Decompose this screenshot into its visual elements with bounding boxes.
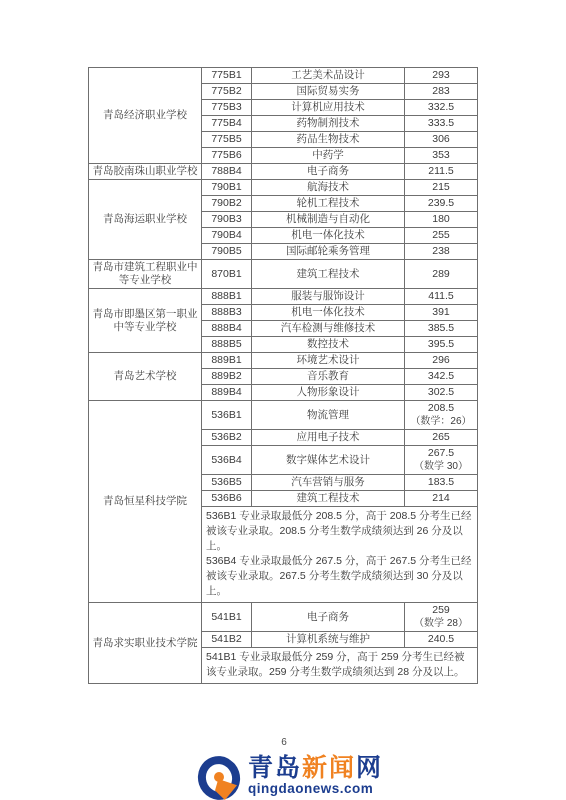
major-name-cell: 电子商务: [252, 164, 405, 180]
score-cell: 180: [405, 212, 478, 228]
major-code-cell: 775B5: [202, 132, 252, 148]
major-code-cell: 790B3: [202, 212, 252, 228]
logo-text-qingdao: 青岛: [248, 754, 302, 782]
major-name-cell: 航海技术: [252, 180, 405, 196]
score-cell: 211.5: [405, 164, 478, 180]
document-page: 青岛经济职业学校775B1工艺美术品设计293775B2国际贸易实务283775…: [0, 0, 566, 800]
major-name-cell: 药物制剂技术: [252, 116, 405, 132]
major-name-cell: 物流管理: [252, 401, 405, 430]
major-code-cell: 790B5: [202, 244, 252, 260]
table-row: 青岛海运职业学校790B1航海技术215: [89, 180, 478, 196]
score-cell: 183.5: [405, 475, 478, 491]
score-value: 255: [407, 229, 475, 242]
score-cell: 259（数学 28）: [405, 603, 478, 632]
major-code-cell: 536B5: [202, 475, 252, 491]
major-code-cell: 775B4: [202, 116, 252, 132]
major-name-cell: 轮机工程技术: [252, 196, 405, 212]
score-math-requirement: （数学 28）: [407, 617, 475, 630]
score-value: 391: [407, 306, 475, 319]
major-name-cell: 计算机系统与维护: [252, 632, 405, 648]
major-code-cell: 889B2: [202, 369, 252, 385]
score-math-requirement: （数学 30）: [407, 460, 475, 473]
score-value: 180: [407, 213, 475, 226]
table-row: 青岛市建筑工程职业中等专业学校870B1建筑工程技术289: [89, 260, 478, 289]
school-cell: 青岛艺术学校: [89, 353, 202, 401]
qingdaonews-logo-icon: [197, 755, 245, 800]
score-cell: 289: [405, 260, 478, 289]
major-code-cell: 888B1: [202, 289, 252, 305]
score-value: 238: [407, 245, 475, 258]
score-value: 208.5: [407, 402, 475, 415]
score-cell: 353: [405, 148, 478, 164]
score-value: 333.5: [407, 117, 475, 130]
major-name-cell: 药品生物技术: [252, 132, 405, 148]
major-name-cell: 电子商务: [252, 603, 405, 632]
major-name-cell: 国际贸易实务: [252, 84, 405, 100]
major-code-cell: 790B1: [202, 180, 252, 196]
major-name-cell: 建筑工程技术: [252, 491, 405, 507]
score-value: 267.5: [407, 447, 475, 460]
major-name-cell: 数控技术: [252, 337, 405, 353]
score-cell: 208.5（数学：26）: [405, 401, 478, 430]
score-value: 289: [407, 268, 475, 281]
score-value: 302.5: [407, 386, 475, 399]
major-code-cell: 870B1: [202, 260, 252, 289]
major-code-cell: 775B2: [202, 84, 252, 100]
logo-text-wang: 网: [356, 754, 383, 782]
logo-text-xinwen: 新闻: [302, 754, 356, 782]
score-cell: 215: [405, 180, 478, 196]
major-code-cell: 889B1: [202, 353, 252, 369]
major-name-cell: 机电一体化技术: [252, 305, 405, 321]
score-value: 259: [407, 604, 475, 617]
table-row: 青岛恒星科技学院536B1物流管理208.5（数学：26）: [89, 401, 478, 430]
score-cell: 411.5: [405, 289, 478, 305]
table-row: 青岛经济职业学校775B1工艺美术品设计293: [89, 68, 478, 84]
score-cell: 283: [405, 84, 478, 100]
score-cell: 302.5: [405, 385, 478, 401]
major-name-cell: 环境艺术设计: [252, 353, 405, 369]
page-number: 6: [272, 737, 296, 748]
major-code-cell: 541B1: [202, 603, 252, 632]
table-row: 青岛市即墨区第一职业中等专业学校888B1服装与服饰设计411.5: [89, 289, 478, 305]
major-code-cell: 790B4: [202, 228, 252, 244]
logo-url: qingdaonews.com: [248, 781, 383, 796]
score-value: 211.5: [407, 165, 475, 178]
school-cell: 青岛海运职业学校: [89, 180, 202, 260]
qingdaonews-logo: 青岛新闻网 qingdaonews.com: [197, 755, 383, 800]
major-code-cell: 788B4: [202, 164, 252, 180]
school-cell: 青岛市建筑工程职业中等专业学校: [89, 260, 202, 289]
major-name-cell: 音乐教育: [252, 369, 405, 385]
score-value: 353: [407, 149, 475, 162]
admission-score-table: 青岛经济职业学校775B1工艺美术品设计293775B2国际贸易实务283775…: [88, 67, 478, 684]
major-name-cell: 数字媒体艺术设计: [252, 446, 405, 475]
score-cell: 333.5: [405, 116, 478, 132]
school-cell: 青岛经济职业学校: [89, 68, 202, 164]
score-cell: 267.5（数学 30）: [405, 446, 478, 475]
major-name-cell: 服装与服饰设计: [252, 289, 405, 305]
score-value: 239.5: [407, 197, 475, 210]
score-value: 283: [407, 85, 475, 98]
major-name-cell: 计算机应用技术: [252, 100, 405, 116]
score-value: 265: [407, 431, 475, 444]
score-value: 342.5: [407, 370, 475, 383]
score-cell: 296: [405, 353, 478, 369]
score-cell: 238: [405, 244, 478, 260]
major-name-cell: 工艺美术品设计: [252, 68, 405, 84]
major-code-cell: 536B2: [202, 430, 252, 446]
school-cell: 青岛求实职业技术学院: [89, 603, 202, 684]
score-value: 214: [407, 492, 475, 505]
admission-note-cell: 536B1 专业录取最低分 208.5 分，高于 208.5 分考生已经被该专业…: [202, 507, 478, 603]
score-math-requirement: （数学：26）: [407, 415, 475, 428]
score-cell: 265: [405, 430, 478, 446]
score-value: 411.5: [407, 290, 475, 303]
score-cell: 391: [405, 305, 478, 321]
score-cell: 342.5: [405, 369, 478, 385]
score-value: 215: [407, 181, 475, 194]
major-code-cell: 541B2: [202, 632, 252, 648]
major-code-cell: 775B3: [202, 100, 252, 116]
major-code-cell: 790B2: [202, 196, 252, 212]
major-name-cell: 中药学: [252, 148, 405, 164]
school-cell: 青岛胶南珠山职业学校: [89, 164, 202, 180]
score-cell: 293: [405, 68, 478, 84]
score-cell: 255: [405, 228, 478, 244]
major-name-cell: 汽车营销与服务: [252, 475, 405, 491]
major-code-cell: 536B1: [202, 401, 252, 430]
score-value: 395.5: [407, 338, 475, 351]
major-code-cell: 888B3: [202, 305, 252, 321]
score-value: 293: [407, 69, 475, 82]
major-code-cell: 775B1: [202, 68, 252, 84]
score-value: 306: [407, 133, 475, 146]
major-name-cell: 汽车检测与维修技术: [252, 321, 405, 337]
logo-dot-shape: [214, 772, 224, 782]
score-value: 296: [407, 354, 475, 367]
major-name-cell: 人物形象设计: [252, 385, 405, 401]
score-cell: 239.5: [405, 196, 478, 212]
score-cell: 240.5: [405, 632, 478, 648]
score-cell: 332.5: [405, 100, 478, 116]
major-name-cell: 建筑工程技术: [252, 260, 405, 289]
score-value: 183.5: [407, 476, 475, 489]
score-cell: 214: [405, 491, 478, 507]
major-name-cell: 应用电子技术: [252, 430, 405, 446]
score-cell: 306: [405, 132, 478, 148]
major-code-cell: 775B6: [202, 148, 252, 164]
score-value: 240.5: [407, 633, 475, 646]
major-code-cell: 888B5: [202, 337, 252, 353]
major-code-cell: 536B6: [202, 491, 252, 507]
table-row: 青岛求实职业技术学院541B1电子商务259（数学 28）: [89, 603, 478, 632]
logo-text-block: 青岛新闻网 qingdaonews.com: [248, 755, 383, 796]
major-name-cell: 机电一体化技术: [252, 228, 405, 244]
table-row: 青岛艺术学校889B1环境艺术设计296: [89, 353, 478, 369]
score-value: 332.5: [407, 101, 475, 114]
major-code-cell: 888B4: [202, 321, 252, 337]
major-name-cell: 机械制造与自动化: [252, 212, 405, 228]
logo-chinese-name: 青岛新闻网: [248, 755, 383, 781]
table-row: 青岛胶南珠山职业学校788B4电子商务211.5: [89, 164, 478, 180]
major-name-cell: 国际邮轮乘务管理: [252, 244, 405, 260]
school-cell: 青岛恒星科技学院: [89, 401, 202, 603]
score-cell: 395.5: [405, 337, 478, 353]
score-value: 385.5: [407, 322, 475, 335]
major-code-cell: 536B4: [202, 446, 252, 475]
score-cell: 385.5: [405, 321, 478, 337]
admission-note-cell: 541B1 专业录取最低分 259 分，高于 259 分考生已经被该专业录取。2…: [202, 648, 478, 684]
school-cell: 青岛市即墨区第一职业中等专业学校: [89, 289, 202, 353]
major-code-cell: 889B4: [202, 385, 252, 401]
